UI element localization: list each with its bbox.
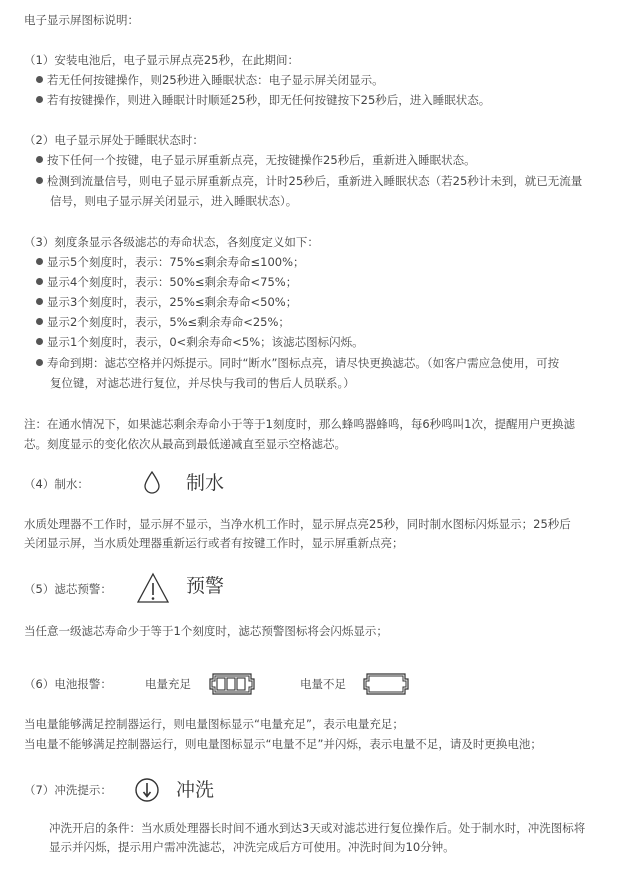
section6-desc-1: 当电量能够满足控制器运行，则电量图标显示“电量充足”，表示电量充足； xyxy=(24,714,404,734)
bullet-icon xyxy=(36,359,43,366)
section4-icon-text: 制水 xyxy=(186,470,224,496)
note-line-1: 注：在通水情况下，如果滤芯剩余寿命小于等于1刻度时，那么蜂鸣器蜂鸣，每6秒鸣叫1… xyxy=(24,414,575,434)
section3-bullet-1: 显示5个刻度时，表示：75%≤剩余寿命≤100%； xyxy=(36,252,305,272)
battery-low-label: 电量不足 xyxy=(300,674,346,694)
section7-desc-2: 显示并闪烁，提示用户需冲洗滤芯，冲洗完成后方可使用。冲洗时间为10分钟。 xyxy=(49,837,455,857)
bullet-icon xyxy=(36,318,43,325)
battery-full-label: 电量充足 xyxy=(145,674,191,694)
section7-desc-1: 冲洗开启的条件：当水质处理器长时间不通水到达3天或对滤芯进行复位操作后。处于制水… xyxy=(49,818,585,838)
section2-bullet-2: 检测到流量信号，则电子显示屏重新点亮，计时25秒后，重新进入睡眠状态（若25秒计… xyxy=(36,171,582,191)
section5-label: （5）滤芯预警： xyxy=(24,579,112,599)
water-drop-icon xyxy=(143,470,161,494)
section7-icon-text: 冲洗 xyxy=(176,777,214,803)
bullet-icon xyxy=(36,156,43,163)
bullet-icon xyxy=(36,298,43,305)
section4-label: （4）制水： xyxy=(24,474,89,494)
battery-full-icon xyxy=(207,672,257,696)
section5-desc: 当任意一级滤芯寿命少于等于1个刻度时，滤芯预警图标将会闪烁显示； xyxy=(24,621,388,641)
section2-bullet-2-cont: 信号，则电子显示屏关闭显示，进入睡眠状态）。 xyxy=(50,191,297,211)
section3-bullet-6-cont: 复位键，对滤芯进行复位，并尽快与我司的售后人员联系。） xyxy=(50,373,355,393)
section3-heading: （3）刻度条显示各级滤芯的寿命状态，各刻度定义如下： xyxy=(24,232,319,252)
section3-bullet-2: 显示4个刻度时，表示：50%≤剩余寿命<75%； xyxy=(36,272,297,292)
section2-bullet-1: 按下任何一个按键，电子显示屏重新点亮，无按键操作25秒后，重新进入睡眠状态。 xyxy=(36,150,476,170)
bullet-icon xyxy=(36,338,43,345)
section2-heading: （2）电子显示屏处于睡眠状态时： xyxy=(24,130,204,150)
section5-icon-text: 预警 xyxy=(186,573,224,599)
section6-label: （6）电池报警： xyxy=(24,674,112,694)
section1-bullet-2: 若有按键操作，则进入睡眠计时顺延25秒，即无任何按键按下25秒后，进入睡眠状态。 xyxy=(36,90,490,110)
section3-bullet-5: 显示1个刻度时，表示，0<剩余寿命<5%；该滤芯图标闪烁。 xyxy=(36,332,364,352)
section6-desc-2: 当电量不能够满足控制器运行，则电量图标显示“电量不足”并闪烁，表示电量不足，请及… xyxy=(24,734,542,754)
warning-triangle-icon xyxy=(136,572,170,604)
bullet-icon xyxy=(36,76,43,83)
bullet-icon xyxy=(36,278,43,285)
battery-empty-icon xyxy=(361,672,411,696)
section4-desc-1: 水质处理器不工作时，显示屏不显示，当净水机工作时，显示屏点亮25秒，同时制水图标… xyxy=(24,514,571,534)
doc-title: 电子显示屏图标说明： xyxy=(24,10,139,30)
section7-label: （7）冲洗提示： xyxy=(24,780,112,800)
section4-desc-2: 关闭显示屏，当水质处理器重新运行或者有按键工作时，显示屏重新点亮； xyxy=(24,533,404,553)
section1-heading: （1）安装电池后，电子显示屏点亮25秒，在此期间： xyxy=(24,50,299,70)
section3-bullet-4: 显示2个刻度时，表示，5%≤剩余寿命<25%； xyxy=(36,312,290,332)
bullet-icon xyxy=(36,177,43,184)
section1-bullet-1: 若无任何按键操作，则25秒进入睡眠状态：电子显示屏关闭显示。 xyxy=(36,70,384,90)
section3-bullet-3: 显示3个刻度时，表示，25%≤剩余寿命<50%； xyxy=(36,292,297,312)
note-line-2: 芯。刻度显示的变化依次从最高到最低递减直至显示空格滤芯。 xyxy=(24,434,346,454)
flush-arrow-circle-icon xyxy=(134,777,160,803)
bullet-icon xyxy=(36,258,43,265)
section3-bullet-6: 寿命到期：滤芯空格并闪烁提示。同时“断水”图标点亮，请尽快更换滤芯。（如客户需应… xyxy=(36,353,559,373)
bullet-icon xyxy=(36,96,43,103)
